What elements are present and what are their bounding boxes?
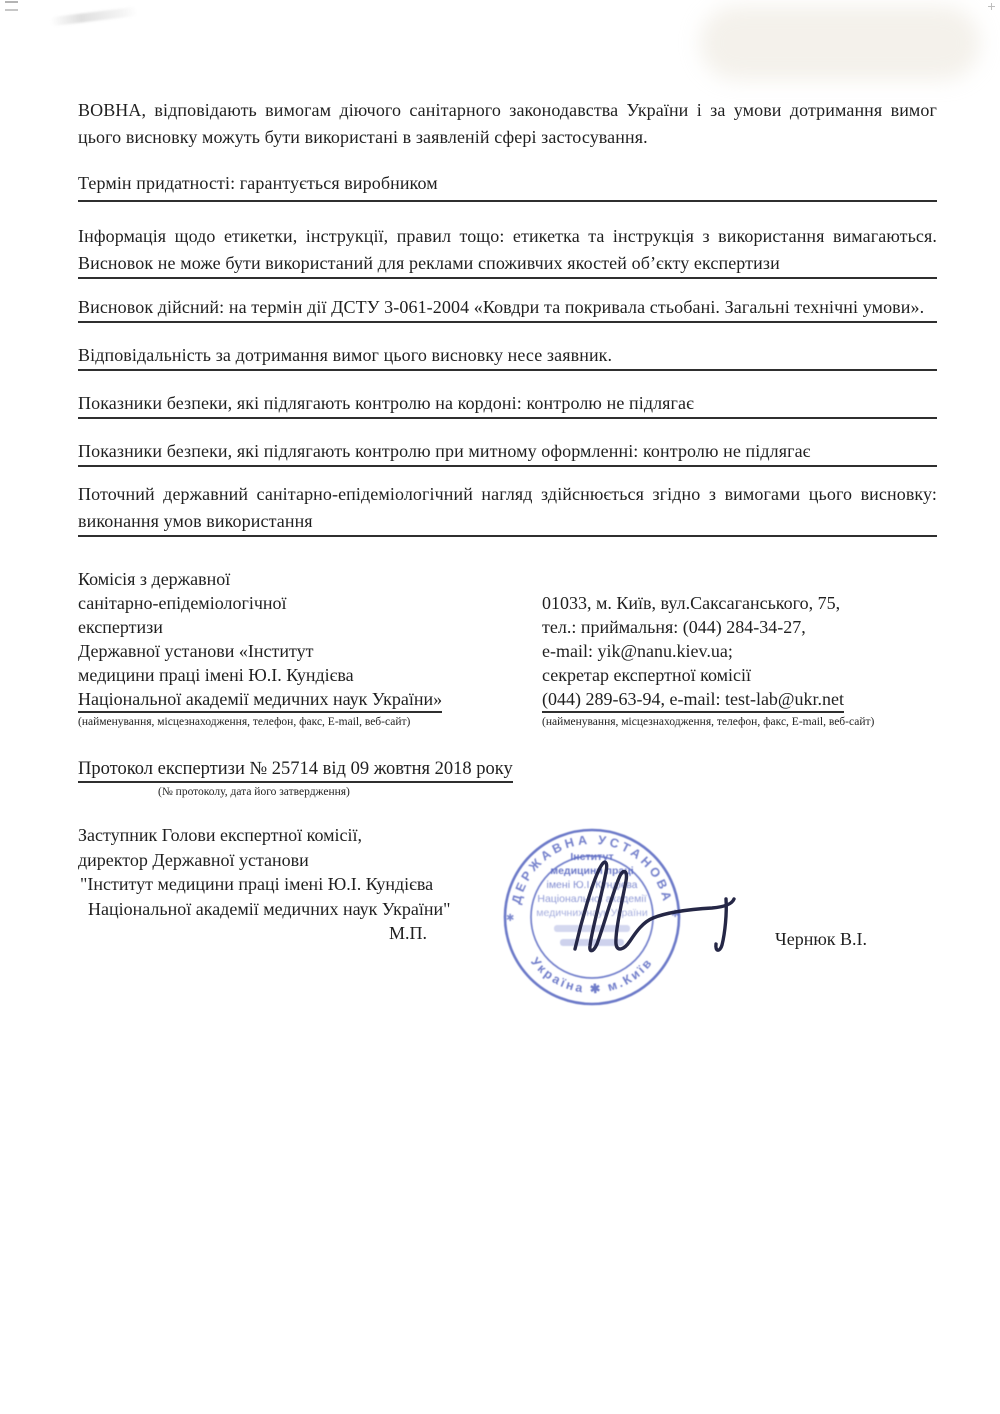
stamp-ring-bottom-text: Україна ✱ м.Київ xyxy=(528,955,656,996)
scan-artifact-corner-mark xyxy=(5,1,18,11)
label-info-section: Інформація щодо етикетки, інструкції, пр… xyxy=(78,223,937,279)
signer-name: Чернюк В.І. xyxy=(775,929,867,950)
commission-name-line: медицини праці імені Ю.І. Кундієва xyxy=(78,663,528,687)
commission-name-line: Державної установи «Інститут xyxy=(78,639,528,663)
document-body: ВОВНА, відповідають вимогам діючого сані… xyxy=(78,0,937,946)
commission-contact-line: e-mail: yik@nanu.kiev.ua; xyxy=(542,639,937,663)
protocol-block: Протокол експертизи № 25714 від 09 жовтн… xyxy=(78,757,937,799)
commission-name-caption: (найменування, місцезнаходження, телефон… xyxy=(78,715,528,729)
commission-block: Комісія з державної санітарно-епідеміоло… xyxy=(78,567,937,729)
commission-contact-column: 01033, м. Київ, вул.Саксаганського, 75, … xyxy=(542,591,937,729)
commission-name-column: Комісія з державної санітарно-епідеміоло… xyxy=(78,567,528,729)
stamp-star-left-icon: ✱ xyxy=(506,913,514,924)
shelf-life-section: Термін придатності: гарантується виробни… xyxy=(78,170,937,202)
commission-contact-line-underlined: (044) 289-63-94, e-mail: test-lab@ukr.ne… xyxy=(542,687,844,713)
scan-artifact-plus-mark xyxy=(988,3,995,10)
commission-name-line: санітарно-епідеміологічної xyxy=(78,591,528,615)
scanned-document-page: ВОВНА, відповідають вимогам діючого сані… xyxy=(0,0,1000,1414)
commission-contact-caption: (найменування, місцезнаходження, телефон… xyxy=(542,715,937,729)
handwritten-signature xyxy=(545,853,750,960)
commission-contact-line: 01033, м. Київ, вул.Саксаганського, 75, xyxy=(542,591,937,615)
commission-contact-line: тел.: приймальня: (044) 284-34-27, xyxy=(542,615,937,639)
protocol-line: Протокол експертизи № 25714 від 09 жовтн… xyxy=(78,757,513,783)
validity-section: Висновок дійсний: на термін дії ДСТУ 3-0… xyxy=(78,294,937,323)
surveillance-section: Поточний державний санітарно-епідеміолог… xyxy=(78,481,937,537)
border-control-section: Показники безпеки, які підлягають контро… xyxy=(78,390,937,419)
commission-name-line-underlined: Національної академії медичних наук Укра… xyxy=(78,687,442,713)
customs-control-section: Показники безпеки, які підлягають контро… xyxy=(78,438,937,467)
protocol-caption: (№ протоколу, дата його затвердження) xyxy=(158,785,937,799)
intro-paragraph: ВОВНА, відповідають вимогам діючого сані… xyxy=(78,97,937,151)
commission-name-line: Комісія з державної xyxy=(78,567,528,591)
responsibility-section: Відповідальність за дотримання вимог цьо… xyxy=(78,342,937,371)
commission-name-line: експертизи xyxy=(78,615,528,639)
commission-contact-line: секретар експертної комісії xyxy=(542,663,937,687)
